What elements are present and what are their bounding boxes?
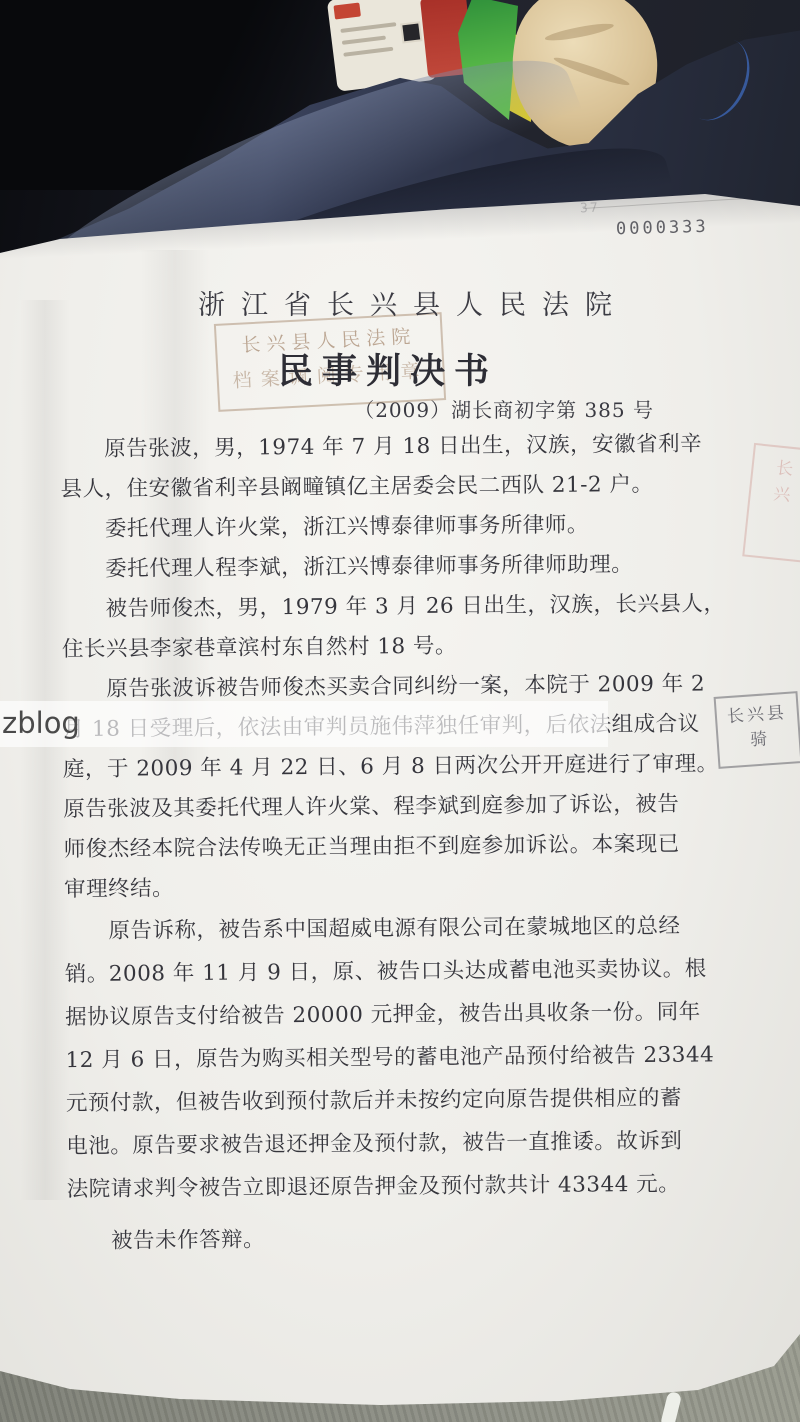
body-line: 据协议原告支付给被告 20000 元押金，被告出具收条一份。同年 (65, 990, 765, 1039)
court-name: 浙江省长兴县人民法院 (0, 283, 800, 322)
bag-fold (544, 21, 615, 44)
body-line: 电池。原告要求被告退还押金及预付款，被告一直推诿。故诉到 (66, 1119, 766, 1168)
plaintiff-claim-section: 原告诉称，被告系中国超威电源有限公司在蒙城地区的总经 销。2008 年 11 月… (64, 904, 767, 1211)
page-number-stamp: 0000333 (616, 217, 709, 239)
watermark-band: zblog (0, 701, 608, 747)
body-line: 住长兴县李家巷章滨村东自然村 18 号。 (62, 624, 762, 670)
bottle-label-text-line (340, 22, 396, 33)
photo-of-judgment: 37 0000333 长兴县人民法院 档案调阅专用章 浙江省长兴县人民法院 民事… (0, 0, 800, 1422)
body-line: 原告张波及其委托代理人许火棠、程李斌到庭参加了诉讼，被告 (63, 784, 763, 830)
faint-red-stamp-char: 兴 (750, 479, 800, 511)
barcode-square (402, 23, 420, 41)
seam-stamp: 长兴县 骑 (714, 691, 800, 769)
body-line: 委托代理人程李斌，浙江兴博泰律师事务所律师助理。 (61, 544, 761, 590)
body-line: 审理终结。 (64, 864, 764, 910)
judgment-body-text: 原告张波，男，1974 年 7 月 18 日出生，汉族，安徽省利辛 县人，住安徽… (60, 424, 767, 1263)
watermark-text: zblog (2, 706, 80, 740)
body-line: 被告未作答辩。 (67, 1214, 767, 1263)
body-line: 原告张波，男，1974 年 7 月 18 日出生，汉族，安徽省利辛 (60, 424, 760, 470)
body-line: 原告诉称，被告系中国超威电源有限公司在蒙城地区的总经 (64, 904, 764, 953)
body-line: 被告师俊杰，男，1979 年 3 月 26 日出生，汉族，长兴县人， (61, 584, 761, 630)
bottle-label-red (333, 2, 361, 19)
body-line: 法院请求判令被告立即退还原告押金及预付款共计 43344 元。 (66, 1162, 766, 1211)
body-line: 师俊杰经本院合法传唤无正当理由拒不到庭参加诉讼。本案现已 (64, 824, 764, 870)
party-and-procedure-section: 原告张波，男，1974 年 7 月 18 日出生，汉族，安徽省利辛 县人，住安徽… (60, 424, 764, 910)
body-line: 销。2008 年 11 月 9 日，原、被告口头达成蓄电池买卖协议。根 (65, 947, 765, 996)
body-line: 12 月 6 日，原告为购买相关型号的蓄电池产品预付给被告 23344 (65, 1033, 765, 1082)
body-line: 县人，住安徽省利辛县阚疃镇亿主居委会民二西队 21-2 户。 (60, 464, 760, 510)
body-line: 元预付款，但被告收到预付款后并未按约定向原告提供相应的蓄 (66, 1076, 766, 1125)
body-line: 委托代理人许火棠，浙江兴博泰律师事务所律师。 (61, 504, 761, 550)
body-line: 庭，于 2009 年 4 月 22 日、6 月 8 日两次公开开庭进行了审理。 (63, 744, 763, 790)
document-title: 民事判决书 (278, 344, 498, 394)
faint-page-number-stamp: 37 (580, 201, 600, 217)
bottle-label-text-line (343, 47, 393, 57)
defendant-reply-section: 被告未作答辩。 (67, 1214, 767, 1263)
bottle-label-text-line (342, 36, 386, 45)
